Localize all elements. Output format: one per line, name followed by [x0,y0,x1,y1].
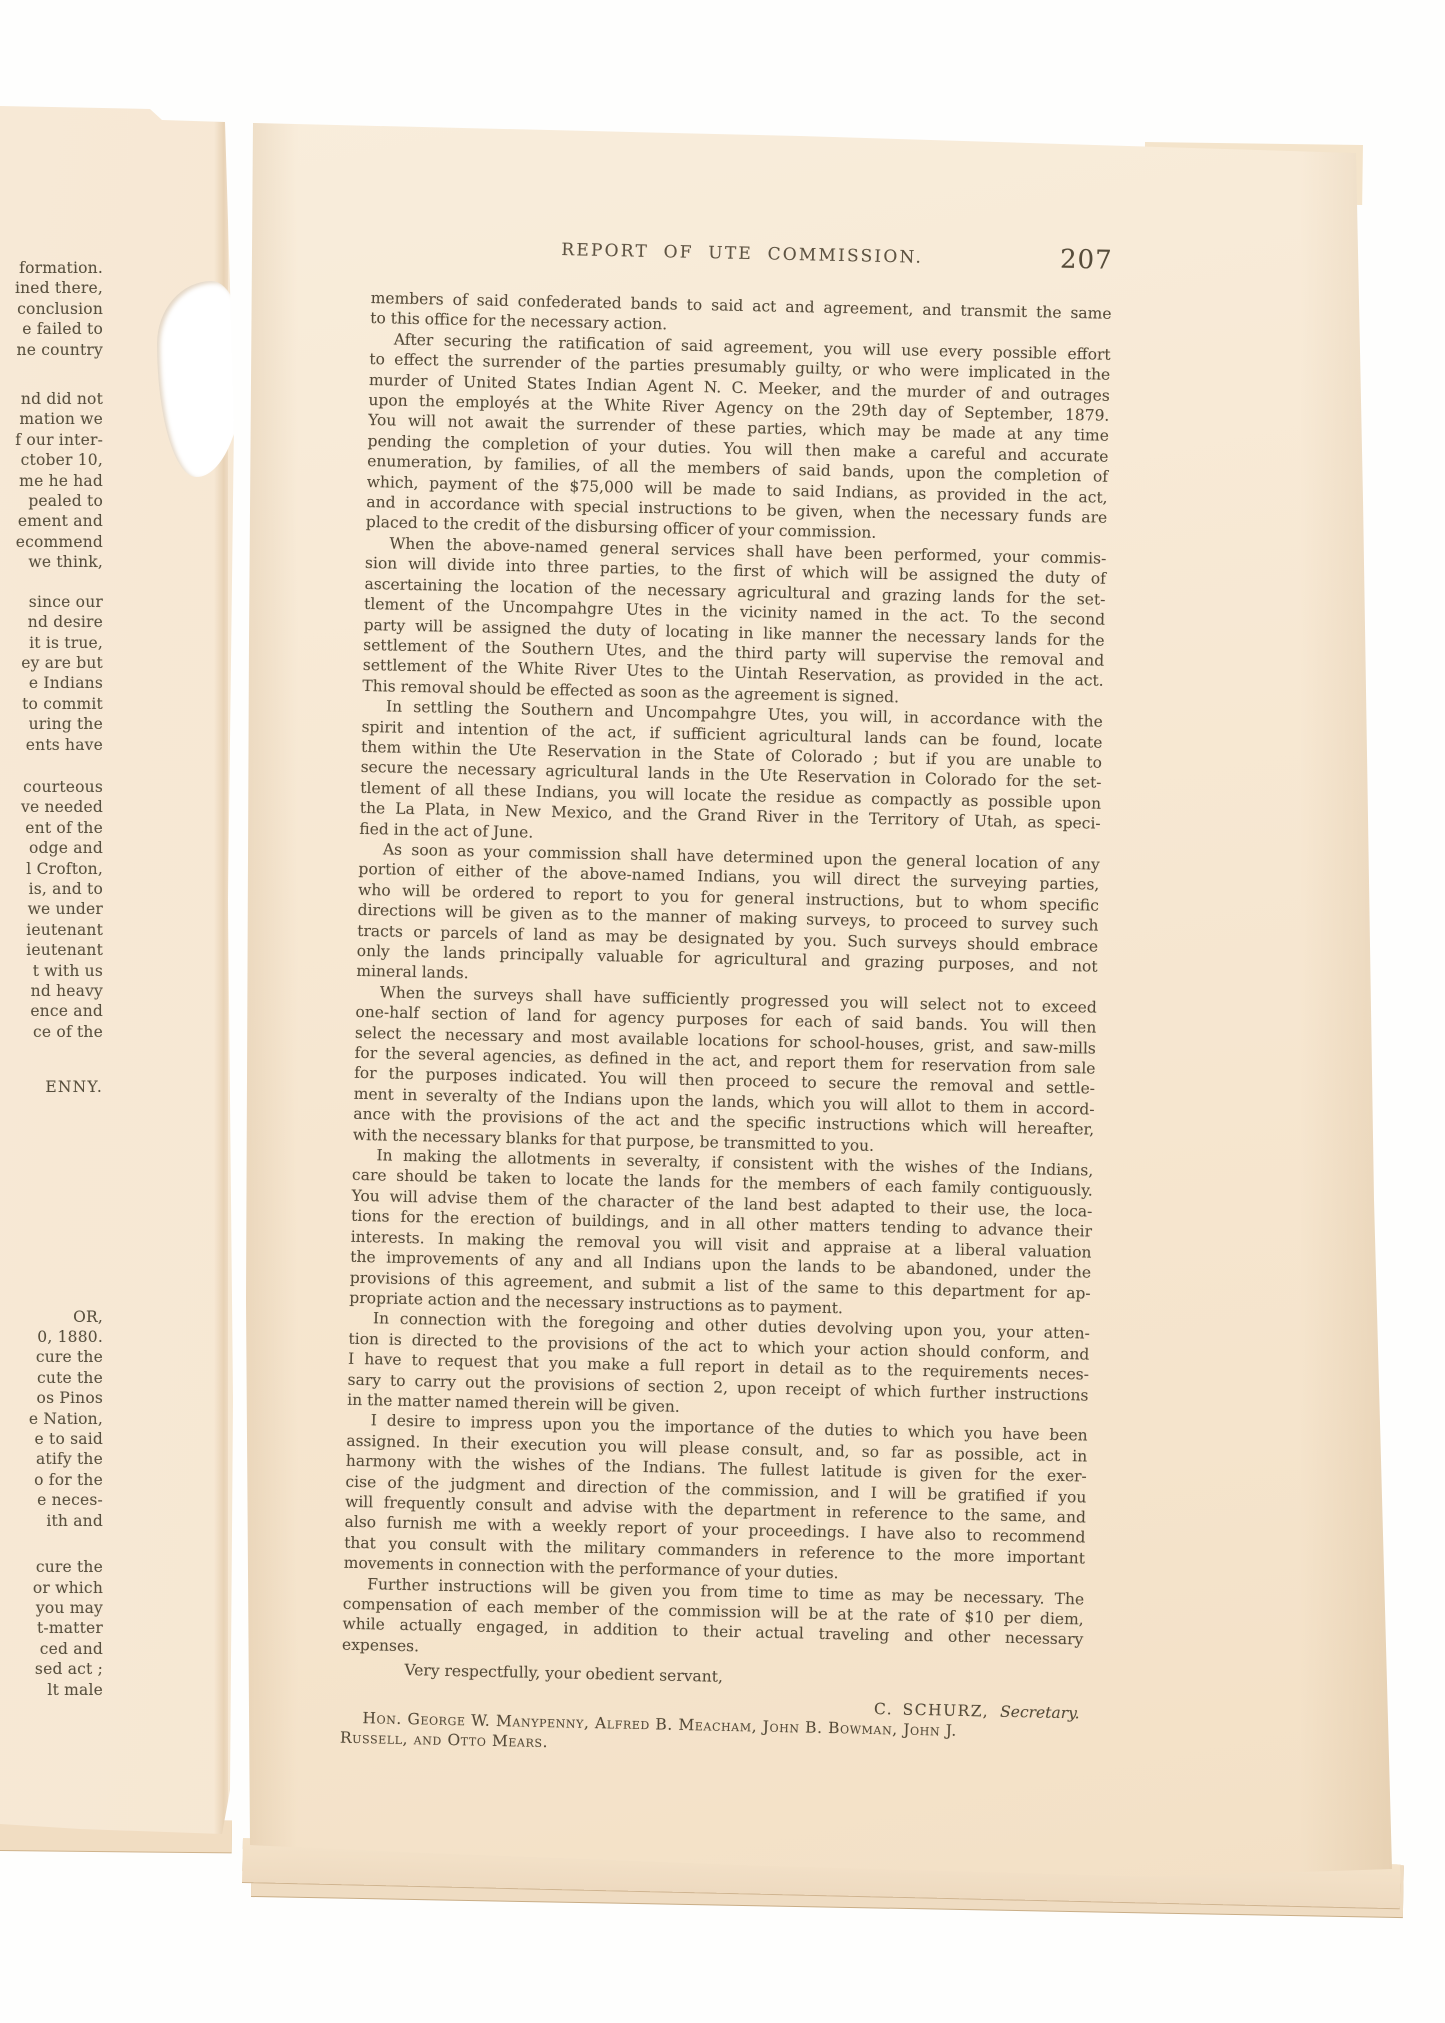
left-page-line: cure the [2,1557,103,1577]
page-number: 207 [1060,245,1113,276]
paragraph: Further instructions will be given you f… [342,1573,1085,1670]
gutter-shade [246,120,298,1850]
left-page-line: lt male [2,1680,103,1700]
left-page-line: t-matter [2,1618,103,1638]
left-page-line: e neces- [2,1490,103,1510]
left-page-line: to commit [2,694,103,714]
left-page-fragment-group: nd did notmation wef our inter-ctober 10… [2,389,103,573]
left-page-line: ined there, [2,278,103,298]
left-page-line: ents have [2,735,103,755]
left-page-line: ENNY. [2,1077,103,1097]
left-page-line: courteous [2,777,103,797]
left-page-line: nd heavy [2,981,103,1001]
left-page-line: it is true, [2,633,103,653]
left-page-line: ieutenant [2,940,103,960]
left-page-line: we think, [2,552,103,572]
left-page-line: is, and to [2,879,103,899]
left-page-line: ecommend [2,532,103,552]
left-page-line: odge and [2,838,103,858]
left-page-line: ence and [2,1001,103,1021]
left-page-line: e Indians [2,673,103,693]
left-page-line: nd did not [2,389,103,409]
paragraph: In settling the Southern and Uncompahgre… [359,696,1103,855]
signature-title: Secretary. [1000,1702,1080,1722]
left-page-line: e Nation, [2,1409,103,1429]
left-page-line: ey are but [2,653,103,673]
left-page-line: sed act ; [2,1659,103,1679]
left-page-line: conclusion [2,299,103,319]
printed-text-block: REPORT OF UTE COMMISSION. 207 members of… [340,236,1113,1764]
left-page-line: ctober 10, [2,450,103,470]
left-page-line: ement and [2,511,103,531]
paragraph: After securing the ratification of said … [366,329,1111,549]
left-page-line: ce of the [2,1022,103,1042]
left-page-fragment-group: OR,0, 1880.cure thecute theos Pinose Nat… [2,1307,103,1531]
left-page-line: os Pinos [2,1388,103,1408]
left-page-line: ith and [2,1511,103,1531]
left-page-line: e failed to [2,319,103,339]
left-page-line: cute the [2,1368,103,1388]
left-page-line: 0, 1880. [2,1327,103,1347]
left-page-line: formation. [2,258,103,278]
fore-edge-shade [1300,140,1392,1875]
left-page-line: cure the [2,1347,103,1367]
left-page-fragment-group: cure theor whichyou mayt-matterced andse… [2,1557,103,1700]
left-page-line: since our [2,592,103,612]
left-page-fragment-group: courteousve neededent of theodge andl Cr… [2,777,103,1042]
body-text: members of said confederated bands to sa… [342,288,1112,1671]
left-page-line: ent of the [2,818,103,838]
signature-name: C. SCHURZ, [874,1700,990,1720]
photo-backdrop: formation.ined there,conclusione failed … [0,0,1445,2023]
left-page-text-column: formation.ined there,conclusione failed … [2,258,103,1700]
left-page-line: pealed to [2,491,103,511]
paragraph: When the above-named general services sh… [362,533,1106,712]
paragraph: When the surveys shall have sufficiently… [353,982,1097,1161]
left-page-line: l Crofton, [2,859,103,879]
running-head: REPORT OF UTE COMMISSION. 207 [371,236,1112,276]
left-page-line: ne country [2,340,103,360]
paragraph: As soon as your commission shall have de… [356,839,1100,998]
torn-hole [157,281,245,477]
left-page-line: ieutenant [2,920,103,940]
left-page-line: me he had [2,471,103,491]
left-page-line: OR, [2,1307,103,1327]
left-page-line: nd desire [2,612,103,632]
left-page-fragment-group: since ournd desireit is true,ey are bute… [2,592,103,755]
running-head-title: REPORT OF UTE COMMISSION. [372,236,1113,272]
paragraph: I desire to impress upon you the importa… [344,1410,1088,1589]
paragraph: In connection with the foregoing and oth… [347,1308,1090,1426]
left-page-line: f our inter- [2,430,103,450]
left-page-fragment-group: ENNY. [2,1077,103,1097]
left-page-line: ve needed [2,797,103,817]
paragraph: In making the allotments in severalty, i… [349,1145,1093,1324]
left-page-line: o for the [2,1470,103,1490]
left-page-line: mation we [2,409,103,429]
left-page-line: t with us [2,961,103,981]
left-page-line: you may [2,1598,103,1618]
left-page-line: uring the [2,714,103,734]
left-page-line: ced and [2,1639,103,1659]
left-page-line: or which [2,1578,103,1598]
left-page-line: we under [2,899,103,919]
closing-block: Very respectfully, your obedient servant… [340,1659,1083,1764]
left-page-line: e to said [2,1429,103,1449]
left-page-fragment-group: formation.ined there,conclusione failed … [2,258,103,360]
left-page-line: atify the [2,1449,103,1469]
